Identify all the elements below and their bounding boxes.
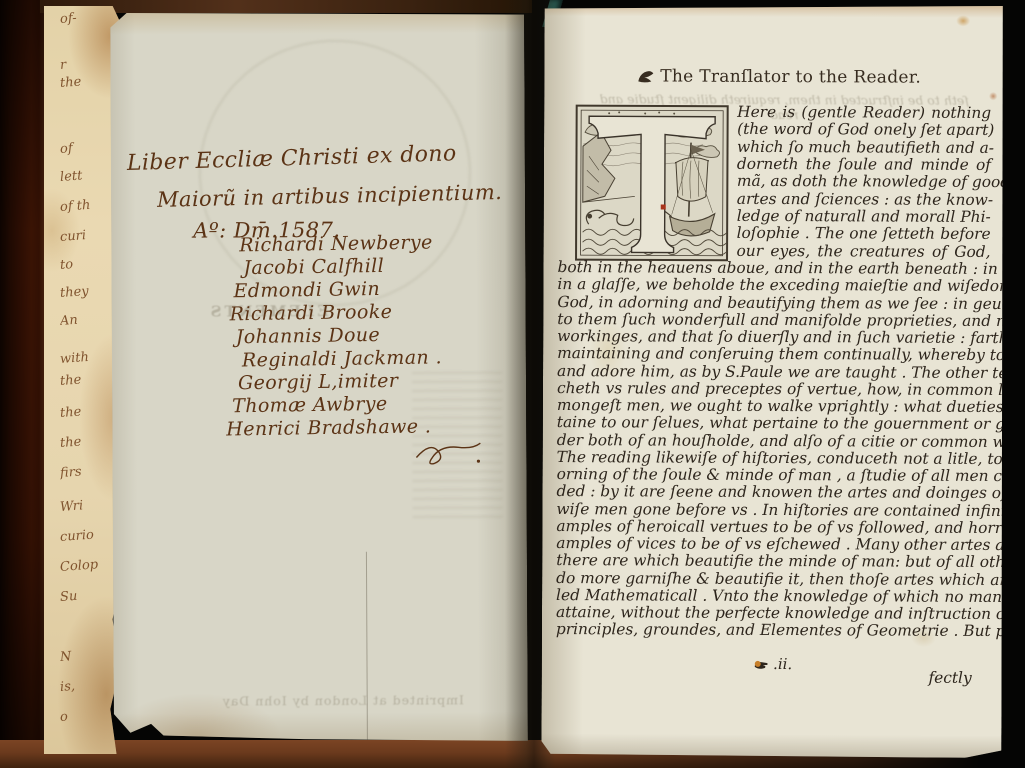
signature-text: .ii. [773,655,792,673]
woodcut-initial-t-icon [575,104,730,262]
manuscript-fragment: of- [60,8,117,27]
inscribed-name: Richardi Brooke [230,301,393,326]
pen-flourish-icon [412,435,484,469]
book-photograph: of-rtheoflettof thcuritotheyAnwiththethe… [0,0,1025,768]
torn-manuscript-strip: of-rtheoflettof thcuritotheyAnwiththethe… [44,6,122,754]
manuscript-fragment: An [60,310,117,329]
text-line: (the word of God onely ſet apart) [737,121,991,139]
inscribed-name: Edmondi Gwin [233,278,380,302]
inscribed-name: Richardi Newberye [239,231,433,256]
showthrough-imprint-line: Imprinted at London by Iohn Day [222,692,464,708]
right-printed-page: The Tranſlator to the Reader. ſeth to be… [541,4,1004,758]
manuscript-fragment: Colop [60,556,117,575]
manuscript-fragment: the [60,432,117,451]
manuscript-fragment: the [60,402,117,421]
inscribed-name: Reginaldi Jackman . [242,346,442,371]
manuscript-fragment: curi [60,226,117,245]
manuscript-fragment: they [60,282,117,301]
manuscript-fragment: r [60,54,117,73]
manuscript-fragment: Wri [60,496,117,515]
manuscript-fragment: to [60,254,117,273]
opening-paragraph-indented: Here is (gentle Reader) nothing(the word… [737,104,992,261]
leather-binding-spine [0,0,46,768]
manuscript-fragment: the [60,72,117,91]
inscribed-name: Johannis Doue [236,324,381,348]
manuscript-fragment: the [60,370,117,389]
manuscript-fragment: of th [60,196,117,215]
manuscript-fragment: with [60,348,117,367]
manuscript-fragment: lett [60,166,117,185]
inscribed-name: Georgij L,imiter [238,370,399,395]
signature-line: .ii. [556,654,990,674]
catchword: fectly [928,669,971,687]
main-paragraph: both in the heauens aboue, and in the ea… [556,259,992,640]
page-header: The Tranſlator to the Reader. [584,66,974,88]
manuscript-fragment: firs [60,462,117,481]
manuscript-fragment: of [60,138,117,157]
manuscript-fragment: curio [60,526,117,545]
page-header-title: The Tranſlator to the Reader. [660,67,921,88]
text-line: loſophie . The one ſetteth before [737,225,991,243]
manuscript-fragment: Su [60,586,117,605]
manuscript-fragment: N [60,646,117,665]
manuscript-fragment: o [60,706,117,725]
inscribed-name: Henrici Bradshawe . [226,415,431,440]
inscribed-name: Thomæ Awbrye [232,393,388,417]
fleuron-leaf-icon [638,69,655,83]
text-line: principles, groundes, and Elementes of G… [556,621,990,640]
text-line: mã, as doth the knowledge of good [737,173,991,191]
page-crease [366,552,368,748]
left-vellum-page: ELEMENTS Imprinted at London by Iohn Day… [110,11,528,743]
foxing-spot [755,661,761,667]
manuscript-fragment: is, [60,676,117,695]
inscribed-name: Jacobi Calfhill [243,255,384,279]
